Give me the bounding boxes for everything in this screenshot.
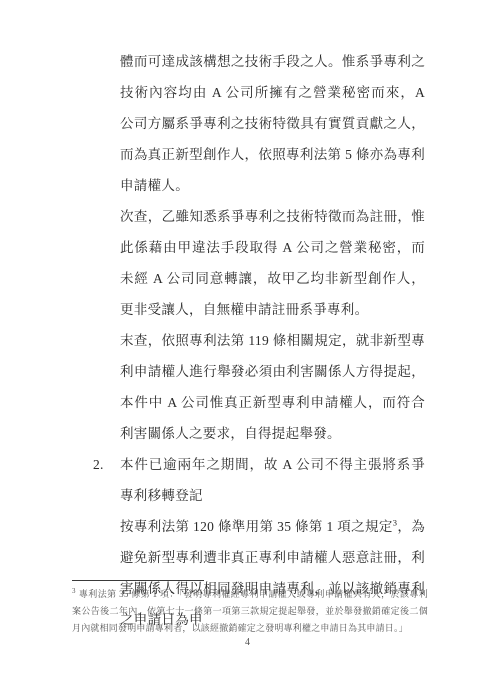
footnote-separator — [72, 580, 204, 581]
main-text-block: 體而可達成該構想之技術手段之人。惟系爭專利之技術內容均由 A 公司所擁有之營業秘… — [120, 46, 425, 635]
page-number: 4 — [0, 637, 495, 648]
footnote-text: 3專利法第 35 條第 1 項：「發明專利權經專利申請權人或專利申請權共有人，於… — [72, 586, 428, 637]
paragraph-second: 次查，乙雖知悉系爭專利之技術特徵而為註冊，惟此係藉由甲違法手段取得 A 公司之營… — [120, 201, 425, 325]
footnote-area: 3專利法第 35 條第 1 項：「發明專利權經專利申請權人或專利申請權共有人，於… — [72, 580, 428, 637]
paragraph-third: 末查，依照專利法第 119 條相關規定，就非新型專利申請權人進行舉發必須由利害關… — [120, 325, 425, 449]
footnote-body: 專利法第 35 條第 1 項：「發明專利權經專利申請權人或專利申請權共有人，於該… — [72, 589, 428, 633]
paragraph-text-before-footnote-ref: 按專利法第 120 條準用第 35 條第 1 項之規定 — [120, 519, 393, 534]
document-page: 體而可達成該構想之技術手段之人。惟系爭專利之技術內容均由 A 公司所擁有之營業秘… — [0, 0, 495, 700]
list-item-heading: 本件已逾兩年之期間，故 A 公司不得主張將系爭專利移轉登記 — [120, 449, 425, 511]
paragraph-continued: 體而可達成該構想之技術手段之人。惟系爭專利之技術內容均由 A 公司所擁有之營業秘… — [120, 46, 425, 201]
list-item-2: 2. 本件已逾兩年之期間，故 A 公司不得主張將系爭專利移轉登記 — [93, 449, 425, 511]
list-item-number: 2. — [93, 449, 120, 511]
footnote-marker: 3 — [72, 587, 76, 595]
